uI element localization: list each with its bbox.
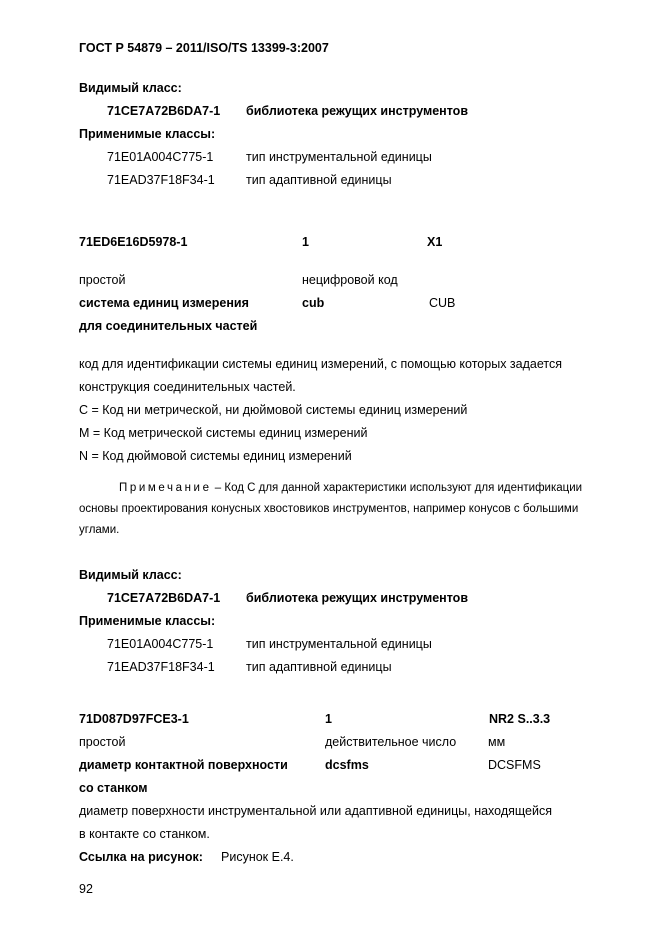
property-type: простой — [79, 273, 125, 287]
property-symbol: cub — [302, 296, 324, 310]
property-id: 71ED6E16D5978-1 — [79, 235, 187, 249]
applicable-class-name: тип адаптивной единицы — [246, 173, 392, 187]
applicable-class-name: тип инструментальной единицы — [246, 637, 432, 651]
figure-ref-label: Ссылка на рисунок: — [79, 850, 203, 864]
property-symbol: dcsfms — [325, 758, 369, 772]
value-code-c: C = Код ни метрической, ни дюймовой сист… — [79, 403, 467, 417]
visible-class-label: Видимый класс: — [79, 81, 182, 95]
property-description-cont: в контакте со станком. — [79, 827, 210, 841]
property-description: диаметр поверхности инструментальной или… — [79, 804, 552, 818]
figure-ref-link[interactable]: Рисунок E.4. — [221, 850, 294, 864]
property-symbol-upper: DCSFMS — [488, 758, 541, 772]
property-version: 1 — [325, 712, 332, 726]
property-name-cont: для соединительных частей — [79, 319, 257, 333]
note-text-cont: углами. — [79, 524, 119, 536]
property-format: X1 — [427, 235, 442, 249]
value-code-n: N = Код дюймовой системы единиц измерени… — [79, 449, 352, 463]
applicable-class-code: 71EAD37F18F34-1 — [107, 173, 215, 187]
page-number: 92 — [79, 882, 93, 896]
applicable-class-code: 71EAD37F18F34-1 — [107, 660, 215, 674]
property-format: NR2 S..3.3 — [489, 712, 550, 726]
property-symbol-upper: CUB — [429, 296, 455, 310]
note-label: Примечание — [119, 482, 212, 494]
visible-class-code: 71CE7A72B6DA7-1 — [107, 104, 220, 118]
applicable-class-name: тип инструментальной единицы — [246, 150, 432, 164]
property-type: простой — [79, 735, 125, 749]
property-name: диаметр контактной поверхности — [79, 758, 288, 772]
property-version: 1 — [302, 235, 309, 249]
property-datatype: действительное число — [325, 735, 456, 749]
note-text: – Код C для данной характеристики исполь… — [212, 482, 583, 494]
note-text-cont: основы проектирования конусных хвостовик… — [79, 503, 578, 515]
applicable-class-code: 71E01A004C775-1 — [107, 150, 213, 164]
value-code-m: M = Код метрической системы единиц измер… — [79, 426, 367, 440]
applicable-classes-label: Применимые классы: — [79, 127, 215, 141]
property-id: 71D087D97FCE3-1 — [79, 712, 189, 726]
visible-class-name: библиотека режущих инструментов — [246, 104, 468, 118]
applicable-class-code: 71E01A004C775-1 — [107, 637, 213, 651]
property-unit: мм — [488, 735, 505, 749]
applicable-classes-label: Применимые классы: — [79, 614, 215, 628]
note-line: Примечание – Код C для данной характерис… — [119, 482, 582, 494]
applicable-class-name: тип адаптивной единицы — [246, 660, 392, 674]
document-header: ГОСТ Р 54879 – 2011/ISO/TS 13399-3:2007 — [79, 41, 329, 55]
property-description-cont: конструкция соединительных частей. — [79, 380, 296, 394]
property-description: код для идентификации системы единиц изм… — [79, 357, 562, 371]
property-name: система единиц измерения — [79, 296, 249, 310]
property-datatype: нецифровой код — [302, 273, 398, 287]
visible-class-label: Видимый класс: — [79, 568, 182, 582]
visible-class-code: 71CE7A72B6DA7-1 — [107, 591, 220, 605]
property-name-cont: со станком — [79, 781, 147, 795]
visible-class-name: библиотека режущих инструментов — [246, 591, 468, 605]
